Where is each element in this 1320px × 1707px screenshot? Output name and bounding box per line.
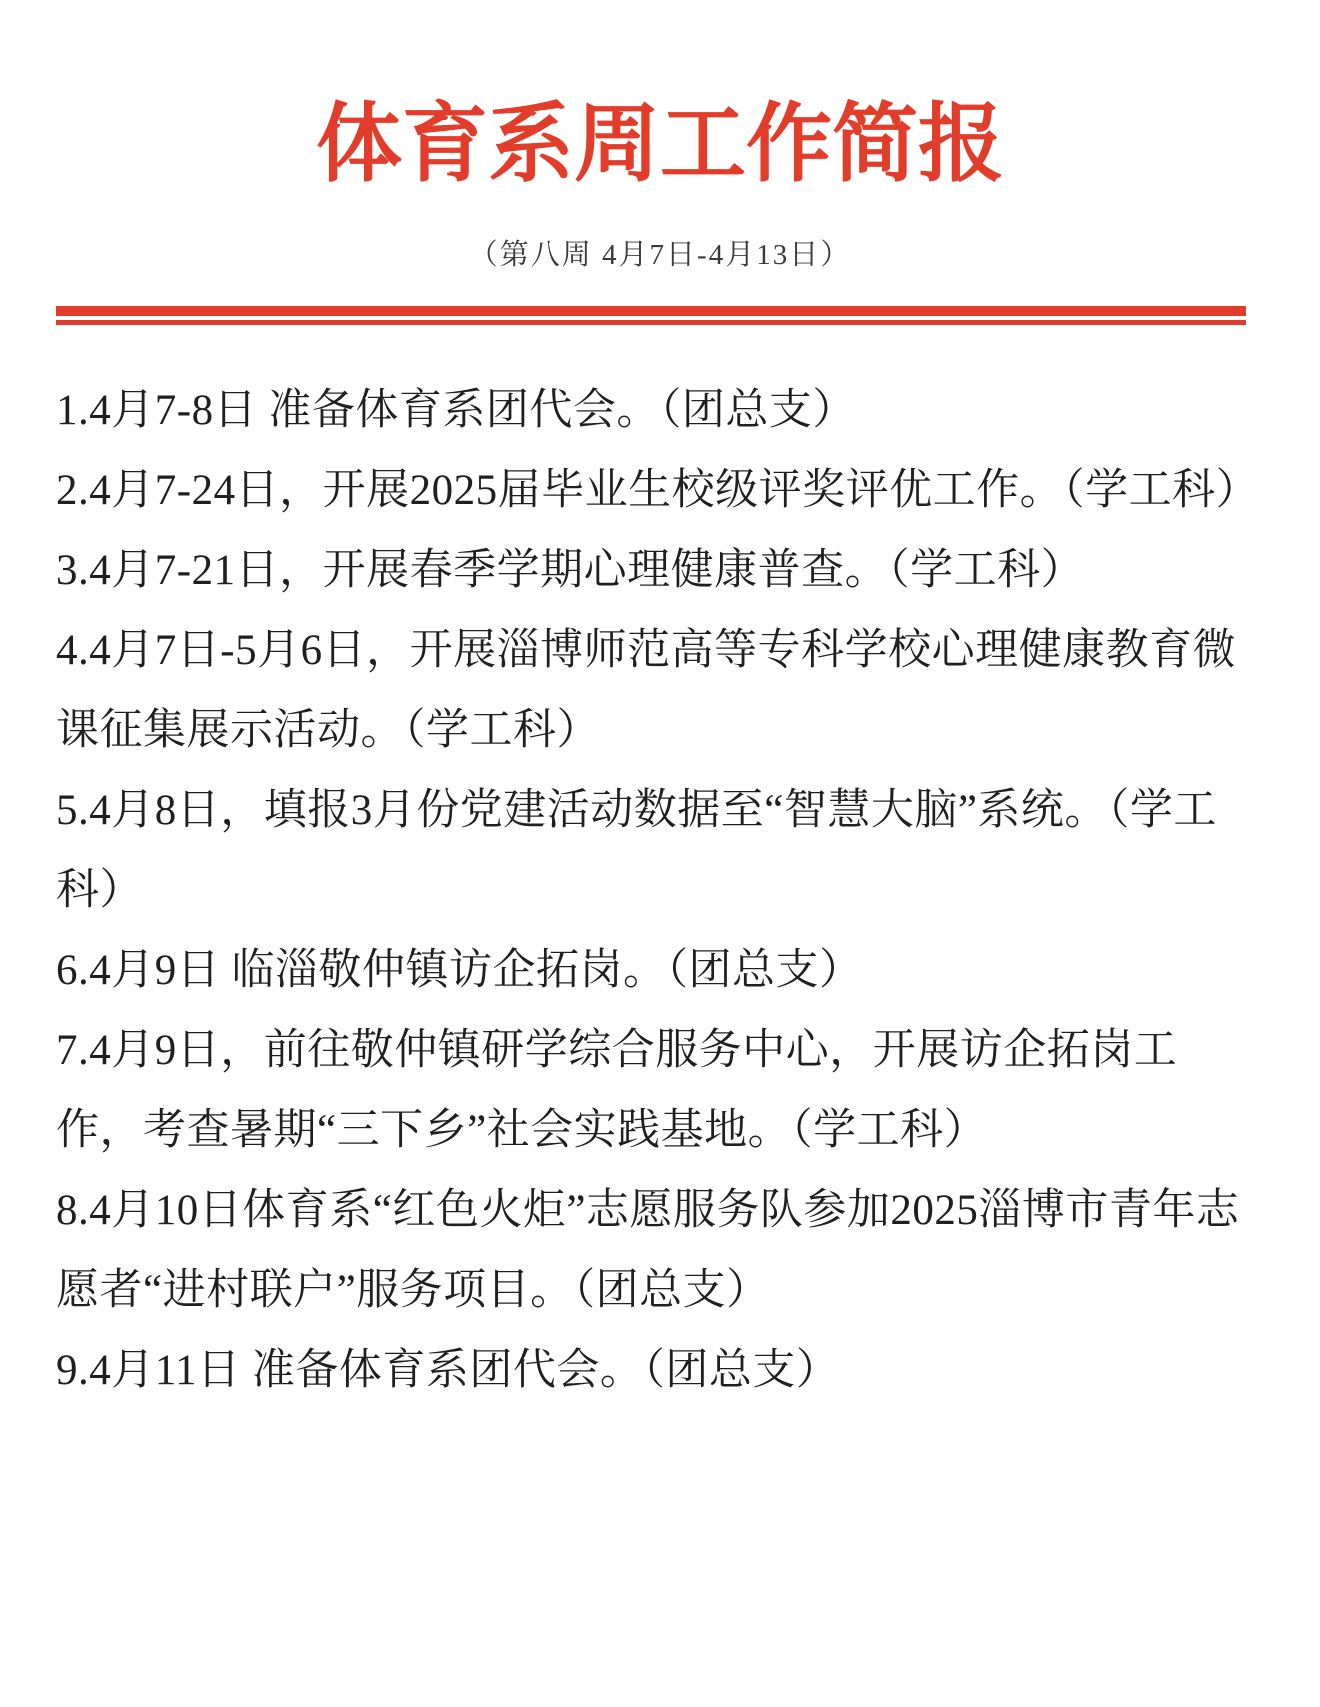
briefing-item-4: 4.4月7日-5月6日，开展淄博师范高等专科学校心理健康教育微课征集展示活动。（…: [56, 611, 1264, 771]
briefing-item-8: 8.4月10日体育系“红色火炬”志愿服务队参加2025淄博市青年志愿者“进村联户…: [56, 1171, 1264, 1331]
briefing-item-1: 1.4月7-8日 准备体育系团代会。（团总支）: [56, 371, 1264, 451]
briefing-item-6: 6.4月9日 临淄敬仲镇访企拓岗。（团总支）: [56, 931, 1264, 1011]
document-page: 体育系周工作简报 （第八周 4月7日-4月13日） 1.4月7-8日 准备体育系…: [0, 0, 1320, 1707]
page-subtitle: （第八周 4月7日-4月13日）: [56, 240, 1264, 272]
briefing-item-7: 7.4月9日，前往敬仲镇研学综合服务中心，开展访企拓岗工作，考查暑期“三下乡”社…: [56, 1011, 1264, 1171]
rule-thick-line: [56, 306, 1246, 316]
briefing-item-2: 2.4月7-24日，开展2025届毕业生校级评奖评优工作。（学工科）: [56, 451, 1264, 531]
rule-thin-line: [56, 320, 1246, 325]
briefing-list: 1.4月7-8日 准备体育系团代会。（团总支） 2.4月7-24日，开展2025…: [56, 371, 1264, 1411]
briefing-item-3: 3.4月7-21日，开展春季学期心理健康普查。（学工科）: [56, 531, 1264, 611]
briefing-item-9: 9.4月11日 准备体育系团代会。（团总支）: [56, 1331, 1264, 1411]
page-title: 体育系周工作简报: [56, 96, 1264, 192]
double-rule: [56, 306, 1246, 325]
briefing-item-5: 5.4月8日，填报3月份党建活动数据至“智慧大脑”系统。（学工科）: [56, 771, 1264, 931]
